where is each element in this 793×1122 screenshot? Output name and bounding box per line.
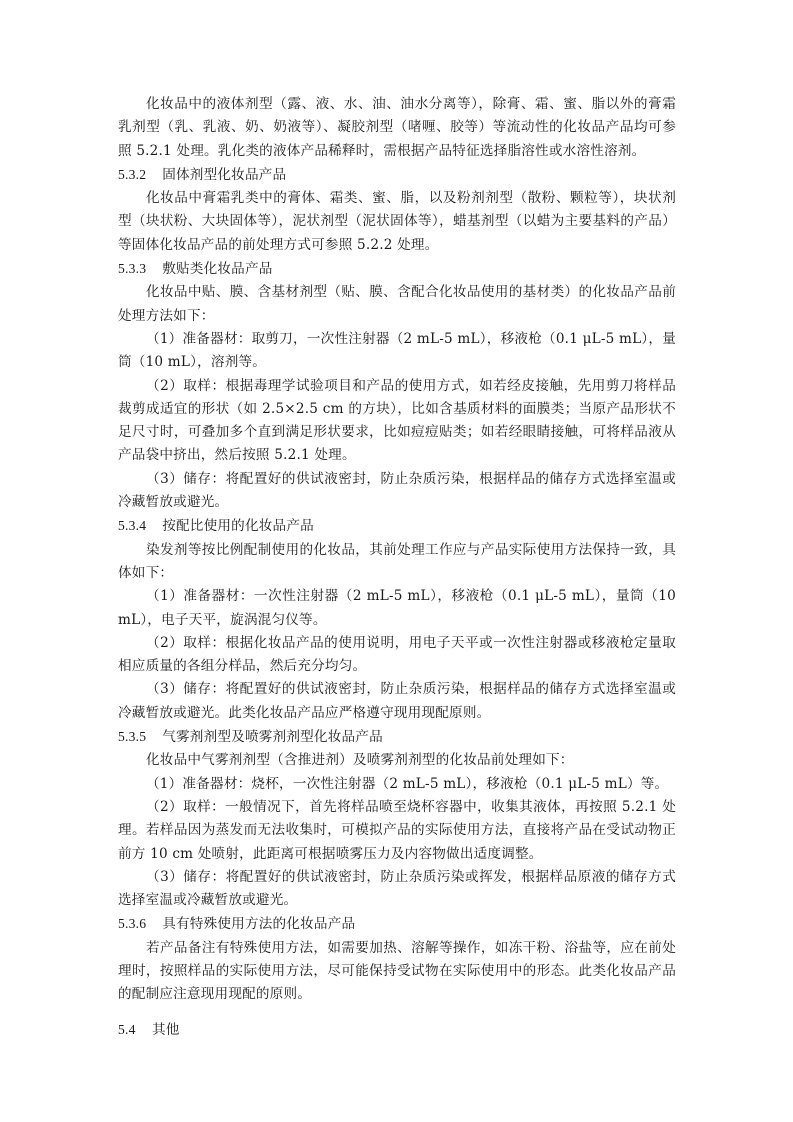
list-item-storage: （3）储存：将配置好的供试液密封，防止杂质污染，根据样品的储存方式选择室温或冷藏…	[118, 468, 676, 515]
section-title: 敷贴类化妆品产品	[162, 261, 272, 277]
section-title: 按配比使用的化妆品产品	[162, 518, 314, 534]
section-title: 气雾剂剂型及喷雾剂剂型化妆品产品	[162, 729, 383, 745]
section-number: 5.3.3	[118, 257, 146, 280]
paragraph-ratio-intro: 染发剂等按比例配制使用的化妆品，其前处理工作应与产品实际使用方法保持一致，具体如…	[118, 539, 676, 586]
section-number: 5.3.4	[118, 514, 146, 537]
section-title: 具有特殊使用方法的化妆品产品	[162, 916, 355, 932]
section-title: 固体剂型化妆品产品	[162, 167, 286, 183]
paragraph-aerosol-intro: 化妆品中气雾剂剂型（含推进剂）及喷雾剂剂型的化妆品前处理如下：	[118, 749, 676, 772]
section-number: 5.3.5	[118, 725, 146, 748]
section-number: 5.4	[118, 1018, 138, 1041]
paragraph-liquid-dosage: 化妆品中的液体剂型（露、液、水、油、油水分离等），除膏、霜、蜜、脂以外的膏霜乳剂…	[118, 93, 676, 163]
section-number: 5.3.6	[118, 912, 146, 935]
section-number: 5.3.2	[118, 163, 146, 186]
section-heading-5-3-4: 5.3.4按配比使用的化妆品产品	[118, 514, 676, 538]
list-item-sampling: （2）取样：一般情况下，首先将样品喷至烧杯容器中，收集其液体，再按照 5.2.1…	[118, 796, 676, 866]
section-heading-5-4: 5.4其他	[118, 1018, 676, 1042]
section-heading-5-3-2: 5.3.2固体剂型化妆品产品	[118, 163, 676, 187]
list-item-sampling: （2）取样：根据毒理学试验项目和产品的使用方式，如若经皮接触，先用剪刀将样品裁剪…	[118, 375, 676, 468]
section-title: 其他	[152, 1022, 180, 1038]
section-heading-5-3-5: 5.3.5气雾剂剂型及喷雾剂剂型化妆品产品	[118, 725, 676, 749]
document-page: 化妆品中的液体剂型（露、液、水、油、油水分离等），除膏、霜、蜜、脂以外的膏霜乳剂…	[118, 93, 676, 1042]
list-item-sampling: （2）取样：根据化妆品产品的使用说明，用电子天平或一次性注射器或移液枪定量取相应…	[118, 632, 676, 679]
paragraph-patch-intro: 化妆品中贴、膜、含基材剂型（贴、膜、含配合化妆品使用的基材类）的化妆品产品前处理…	[118, 281, 676, 328]
section-heading-5-3-3: 5.3.3敷贴类化妆品产品	[118, 257, 676, 281]
paragraph-special-use: 若产品备注有特殊使用方法，如需要加热、溶解等操作，如冻干粉、浴盐等，应在前处理时…	[118, 937, 676, 1007]
list-item-storage: （3）储存：将配置好的供试液密封，防止杂质污染，根据样品的储存方式选择室温或冷藏…	[118, 678, 676, 725]
list-item-storage: （3）储存：将配置好的供试液密封，防止杂质污染或挥发，根据样品原液的储存方式选择…	[118, 866, 676, 913]
section-heading-5-3-6: 5.3.6具有特殊使用方法的化妆品产品	[118, 912, 676, 936]
paragraph-solid-dosage: 化妆品中膏霜乳类中的膏体、霜类、蜜、脂，以及粉剂剂型（散粉、颗粒等），块状剂型（…	[118, 187, 676, 257]
list-item-equipment: （1）准备器材：烧杯，一次性注射器（2 mL-5 mL），移液枪（0.1 μL-…	[118, 773, 676, 796]
list-item-equipment: （1）准备器材：一次性注射器（2 mL-5 mL），移液枪（0.1 μL-5 m…	[118, 585, 676, 632]
list-item-equipment: （1）准备器材：取剪刀，一次性注射器（2 mL-5 mL），移液枪（0.1 μL…	[118, 328, 676, 375]
